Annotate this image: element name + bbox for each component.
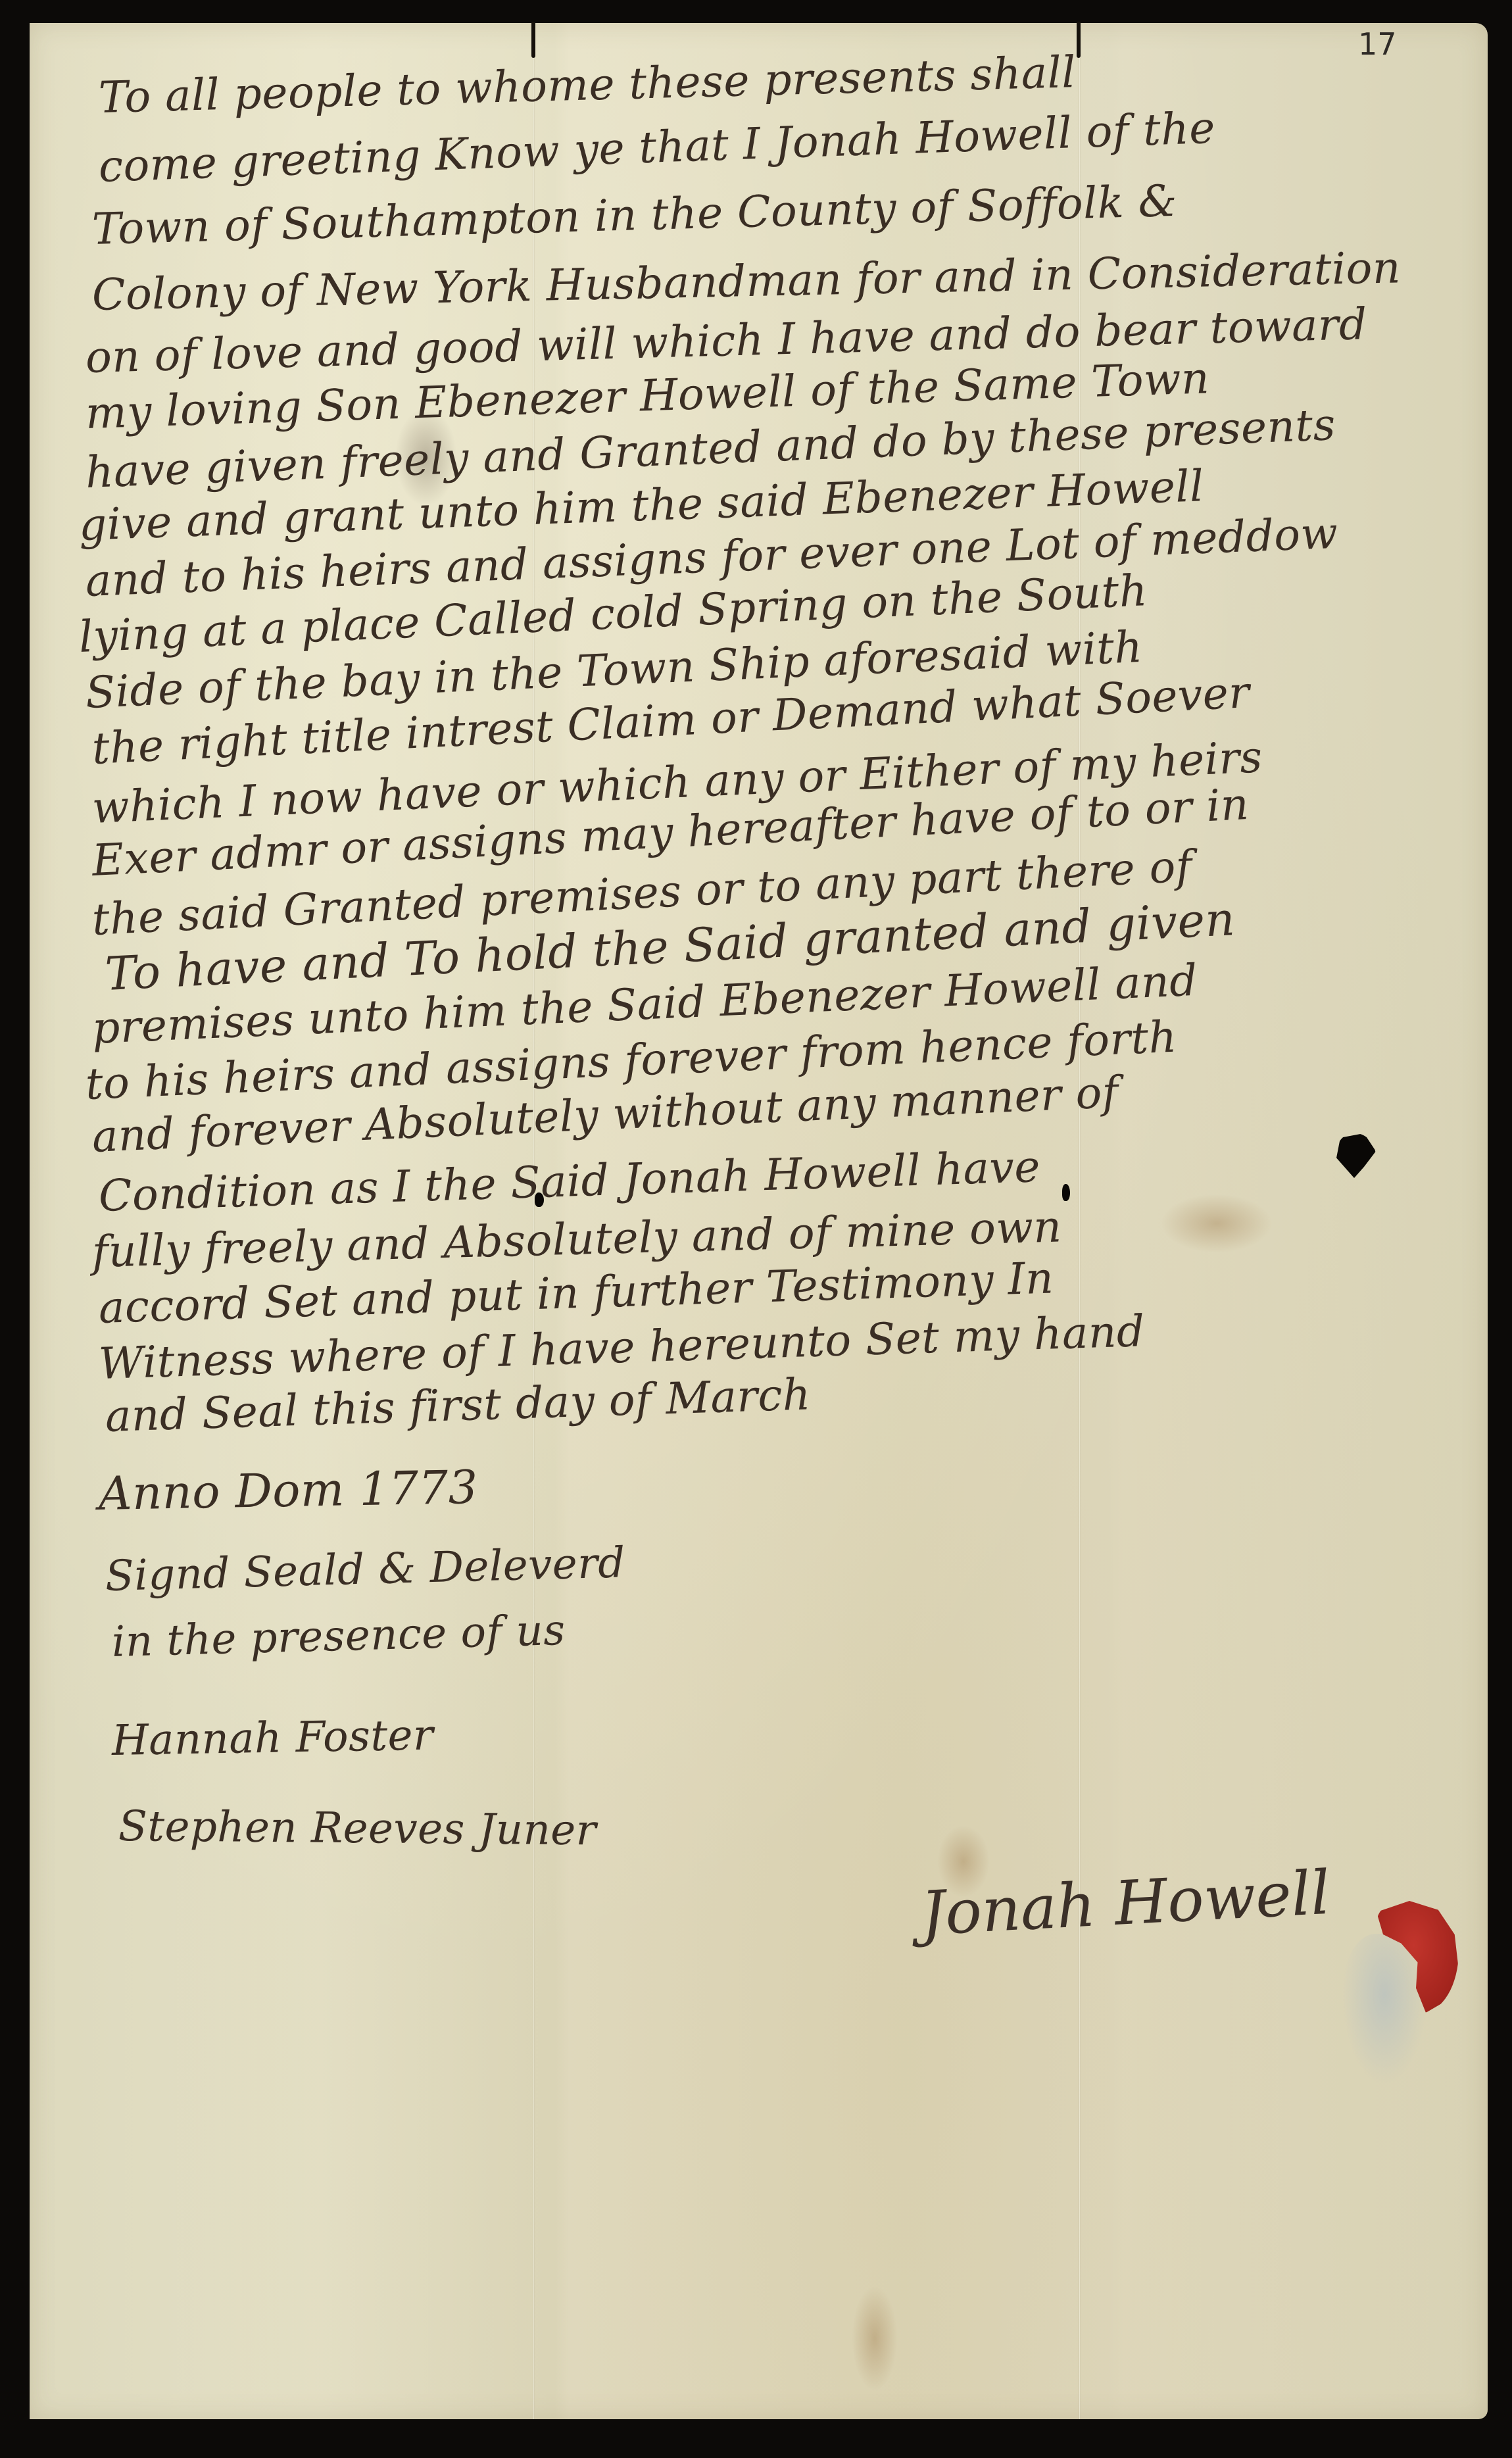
fold-notch-left xyxy=(531,22,535,58)
fold-notch-right xyxy=(1077,22,1081,58)
witness-signature: Stephen Reeves Juner xyxy=(118,1802,597,1855)
paper-hole xyxy=(535,1192,544,1207)
foxing-stain xyxy=(852,2286,898,2391)
foxing-stain xyxy=(1161,1194,1273,1253)
witness-signature: Hannah Foster xyxy=(111,1711,433,1765)
date-line: Anno Dom 1773 xyxy=(98,1460,478,1521)
paper-hole xyxy=(1062,1184,1070,1201)
page-number: 17 xyxy=(1358,26,1397,62)
